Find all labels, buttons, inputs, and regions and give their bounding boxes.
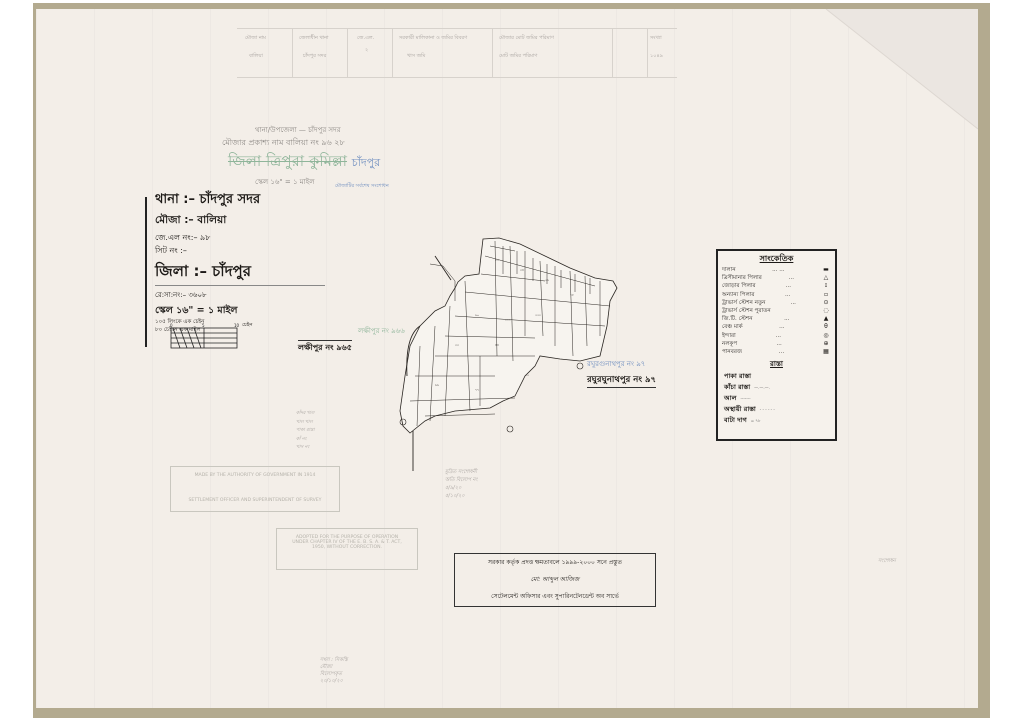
register-cell: মোট জমির পরিমাণ bbox=[499, 53, 537, 61]
register-header: সরকারী মালিকানা ও জমির বিবরণ bbox=[399, 35, 467, 43]
sheet-number-label: সিট নং :– bbox=[155, 245, 375, 258]
legend-road: পাকা রাস্তা bbox=[718, 371, 835, 382]
register-cell: বালিয়া bbox=[249, 53, 263, 61]
pencil-note-map: মুদ্রিত সংশোধনী অতি বিলোপ নং ৫/৯/২০ ৫/১০… bbox=[445, 468, 478, 500]
pencil-note-bottom: দখল : সিকস্তি মৌজা বিলোপকৃত ২০/১০/২০ bbox=[320, 657, 348, 685]
scale-label: স্কেল ১৬" = ১ মাইল bbox=[155, 304, 375, 319]
svg-text:৪৪: ৪৪ bbox=[495, 343, 499, 347]
pencil-note-right: সংশোধন bbox=[878, 558, 896, 566]
svg-text:৩৩: ৩৩ bbox=[455, 343, 459, 347]
svg-text:২২২: ২২২ bbox=[535, 313, 541, 317]
traverse-station-old-icon: ◌ bbox=[821, 307, 831, 315]
junction-pillar-icon: ɪ bbox=[821, 282, 831, 290]
officer-signature: মো: আব্দুল আজিজ bbox=[455, 571, 655, 588]
map-legend: সাংকেতিক দালান... ...▬ ত্রিসীমানার পিলার… bbox=[716, 249, 837, 441]
legend-item: নলকূপ...⊕ bbox=[718, 340, 835, 348]
legend-item: পানবরজ...▦ bbox=[718, 348, 835, 356]
chain-scale-bar: 0 5 10 bbox=[168, 322, 248, 350]
legend-title: সাংকেতিক bbox=[718, 253, 835, 266]
svg-text:৭৮: ৭৮ bbox=[570, 293, 574, 297]
svg-text:১২: ১২ bbox=[495, 258, 499, 262]
legend-item: বেঞ্চ মার্ক...θ bbox=[718, 323, 835, 331]
mouza-plot-map: ১২৩৪৫৬ ৭৮৯০১১১ ২২২৩৩৪৪ ৫৫৬৬৭৭ bbox=[395, 226, 625, 476]
pencil-note-list: কাঁদর খাল খাল খাল পাকা রাস্তা কাঁ নং খাস… bbox=[296, 410, 315, 453]
thana-label: থানা :– চাঁদপুর সদর bbox=[155, 190, 375, 211]
scale-unit-label: চেইন bbox=[242, 322, 252, 330]
legend-road: বাটা দাগ= ৭৮ bbox=[718, 415, 835, 426]
legend-item: জি.টি. স্টেশন...▲ bbox=[718, 315, 835, 323]
left-margin-bar bbox=[145, 197, 151, 347]
legend-road: আল------- bbox=[718, 393, 835, 404]
svg-text:৯০: ৯০ bbox=[475, 313, 479, 317]
bench-mark-icon: θ bbox=[821, 323, 831, 331]
legend-item: জোড়ার পিলার...ɪ bbox=[718, 282, 835, 290]
tubewell-icon: ⊕ bbox=[821, 340, 831, 348]
betel-garden-icon: ▦ bbox=[821, 348, 831, 356]
old-scale-line: স্কেল ১৬" = ১ মাইল bbox=[255, 176, 315, 188]
adopted-stamp: ADOPTED FOR THE PURPOSE OF OPERATION UND… bbox=[276, 528, 418, 570]
other-pillar-icon: ▫ bbox=[821, 291, 831, 299]
certification-box: সরকার কর্তৃক প্রদত্ত ক্ষমতাবলে ১৯৯৯-২০০০… bbox=[454, 553, 656, 607]
old-district-line: জিলা ত্রিপুরা কুমিল্লা চাঁদপুর bbox=[228, 150, 380, 175]
mouza-label: মৌজা :– বালিয়া bbox=[155, 213, 375, 230]
certification-line: সরকার কর্তৃক প্রদত্ত ক্ষমতাবলে ১৯৯৯-২০০০… bbox=[455, 554, 655, 571]
old-district-label: জিলা ত্রিপুরা কুমিল্লা bbox=[228, 152, 347, 170]
legend-item: ট্রাভার্স স্টেশন পুরাতন◌ bbox=[718, 307, 835, 315]
top-register-table: মৌজা নাম জেলাধীন থানা জে.এল. সরকারী মালি… bbox=[237, 28, 677, 78]
new-district-handwritten: চাঁদপুর bbox=[352, 156, 380, 169]
roads-subtitle: রাস্তা bbox=[718, 358, 835, 370]
legend-road: অস্থায়ী রাস্তা- - - - - - bbox=[718, 404, 835, 415]
svg-text:৫৬: ৫৬ bbox=[545, 278, 549, 282]
legend-item: ট্রাভার্স স্টেশন নতুন...⊙ bbox=[718, 299, 835, 307]
officer-title: সেটেলমেন্ট অফিসার এবং সুপারিনটেনডেন্ট অব… bbox=[455, 588, 655, 605]
neighbor-label-west: লক্ষীপুর নং ৯৬৫ bbox=[298, 340, 352, 355]
legend-road: কাঁচা রাস্তা—.—.—. bbox=[718, 382, 835, 393]
svg-text:৭৭: ৭৭ bbox=[475, 388, 479, 392]
trijunction-pillar-icon: △ bbox=[821, 274, 831, 282]
register-header: মৌজা নাম bbox=[245, 35, 266, 43]
old-mouza-line: মৌজার প্রকাশ্য নাম বালিয়া নং ৯৬ ২৮ bbox=[222, 137, 345, 150]
register-header: জেলাধীন থানা bbox=[299, 35, 329, 43]
register-cell: ২ bbox=[365, 47, 368, 55]
old-thana-line: থানা/উপজেলা — চাঁদপুর সদর bbox=[255, 124, 341, 136]
building-icon: ▬ bbox=[821, 266, 831, 274]
register-cell: ১০৪৯ bbox=[650, 53, 663, 61]
map-info-block: থানা :– চাঁদপুর সদর মৌজা :– বালিয়া জে.এ… bbox=[155, 190, 375, 335]
svg-text:৬৬: ৬৬ bbox=[435, 383, 439, 387]
traverse-station-new-icon: ⊙ bbox=[821, 299, 831, 307]
svg-text:৫৫: ৫৫ bbox=[525, 373, 529, 377]
legend-item: অন্যান্য পিলার...▫ bbox=[718, 291, 835, 299]
scale-tick-0: 0 bbox=[170, 323, 173, 328]
jl-number-label: জে.এল নং:– ৯৮ bbox=[155, 232, 375, 245]
svg-text:৩৪: ৩৪ bbox=[520, 268, 524, 272]
svg-text:১১১: ১১১ bbox=[505, 318, 511, 322]
gt-station-icon: ▲ bbox=[821, 315, 831, 323]
legend-item: ত্রিসীমানার পিলার...△ bbox=[718, 274, 835, 282]
register-cell: চাঁদপুর সদর bbox=[303, 53, 326, 61]
register-header: জে.এল. bbox=[357, 35, 374, 43]
well-icon: ◎ bbox=[821, 332, 831, 340]
legend-item: ইন্দারা...◎ bbox=[718, 332, 835, 340]
register-header: সংখ্যা bbox=[650, 35, 662, 43]
scale-tick-10: 10 bbox=[234, 323, 240, 328]
scale-tick-5: 5 bbox=[202, 323, 205, 328]
legend-item: দালান... ...▬ bbox=[718, 266, 835, 274]
rs-number-label: রে:সা:নং:– ৩৬০৮ bbox=[155, 289, 375, 301]
register-header: মৌজার মোট জমির পরিমাণ bbox=[499, 35, 554, 43]
authority-stamp: MADE BY THE AUTHORITY OF GOVERNMENT IN 1… bbox=[170, 466, 340, 512]
register-cell: খাস জমি bbox=[407, 53, 425, 61]
district-label: জিলা :– চাঁদপুর bbox=[155, 260, 325, 286]
